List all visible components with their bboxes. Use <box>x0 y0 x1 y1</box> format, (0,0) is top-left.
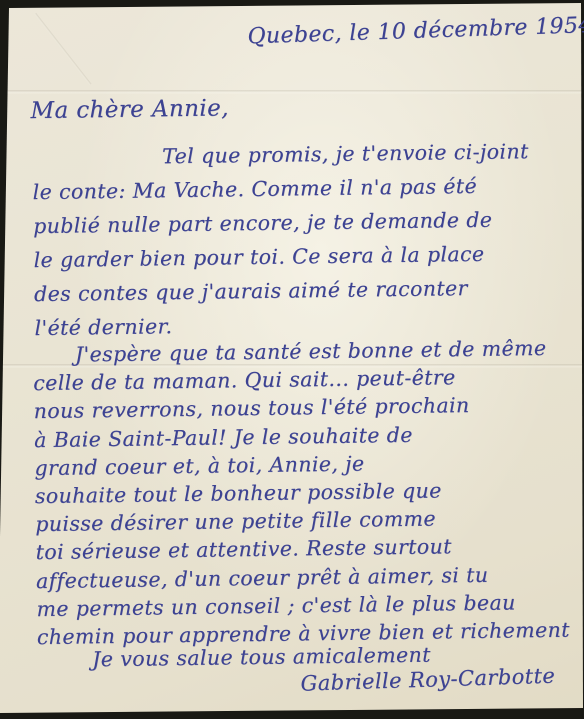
handwriting-layer: Quebec, le 10 décembre 1954 Ma chère Ann… <box>0 0 584 719</box>
dateline: Quebec, le 10 décembre 1954 <box>247 13 584 49</box>
salutation: Ma chère Annie, <box>30 95 229 124</box>
closing: Je vous salue tous amicalement <box>92 643 431 672</box>
paragraph-2: J'espère que ta santé est bonne et de mê… <box>33 334 557 651</box>
letter-line: le garder bien pour toi. Ce sera à la pl… <box>33 236 548 277</box>
paragraph-1: Tel que promis, je t'envoie ci-joint le … <box>32 134 550 345</box>
signature: Gabrielle Roy-Carbotte <box>300 664 555 696</box>
letter-photo: Quebec, le 10 décembre 1954 Ma chère Ann… <box>0 0 584 719</box>
